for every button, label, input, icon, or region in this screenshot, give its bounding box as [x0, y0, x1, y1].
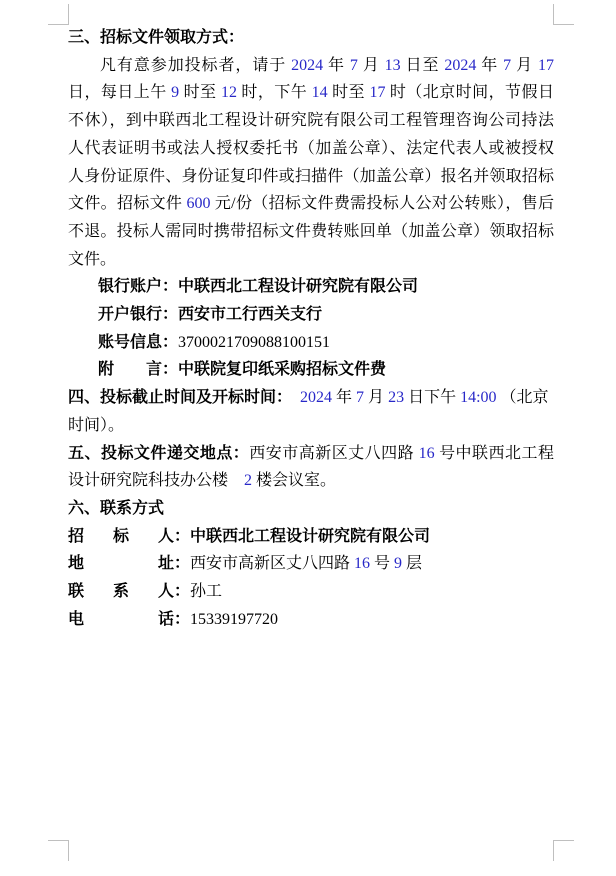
bank-branch-label: 开户银行 — [98, 306, 162, 323]
colon: ： — [162, 361, 178, 378]
contact-row-bidder: 招标人：中联西北工程设计研究院有限公司 — [68, 523, 554, 551]
bank-account-label: 银行账户 — [98, 278, 162, 295]
body-text: 时至 — [328, 84, 370, 101]
body-text: 时（北京时间，节假日不休），到中联西北工程设计研究院有限公司工程管理咨询公司持法… — [68, 84, 554, 212]
contact-phone-label: 电话 — [68, 606, 174, 634]
body-text: 号 — [370, 555, 394, 572]
number-text: 7 — [503, 57, 511, 74]
number-text: 13 — [385, 57, 401, 74]
number-text: 9 — [394, 555, 402, 572]
number-text: 2024 — [444, 57, 476, 74]
number-text: 14:00 — [460, 389, 496, 406]
number-text: 7 — [356, 389, 364, 406]
body-text: 时至 — [179, 84, 221, 101]
bank-branch-row: 开户银行：西安市工行西关支行 — [98, 301, 554, 329]
number-text: 7 — [350, 57, 358, 74]
number-text: 16 — [419, 445, 435, 462]
contact-bidder-value: 中联西北工程设计研究院有限公司 — [190, 528, 430, 545]
colon: ： — [174, 555, 190, 572]
contact-phone-value: 15339197720 — [190, 611, 278, 628]
body-text: 层 — [402, 555, 422, 572]
margin-mark-top-left — [48, 4, 69, 25]
section6-heading: 六、联系方式 — [68, 495, 554, 523]
bank-number-row: 账号信息：3700021709088100151 — [98, 329, 554, 357]
document-page: 三、招标文件领取方式： 凡有意参加投标者，请于 2024 年 7 月 13 日至… — [0, 0, 616, 876]
number-text: 12 — [221, 84, 237, 101]
contact-row-person: 联系人：孙工 — [68, 578, 554, 606]
body-text: 15339197720 — [190, 611, 278, 628]
colon: ： — [162, 306, 178, 323]
contact-row-phone: 电话：15339197720 — [68, 606, 554, 634]
body-text: 月 — [358, 57, 385, 74]
colon: ： — [174, 528, 190, 545]
section3-heading: 三、招标文件领取方式： — [68, 24, 554, 52]
section4-heading: 四、投标截止时间及开标时间： — [68, 389, 284, 406]
colon: ： — [174, 611, 190, 628]
body-text: 日下午 — [404, 389, 460, 406]
body-text: 日至 — [401, 57, 445, 74]
body-text: 月 — [511, 57, 538, 74]
number-text: 17 — [369, 84, 385, 101]
contact-address-value: 西安市高新区丈八四路 16 号 9 层 — [190, 555, 422, 572]
margin-mark-bottom-left — [48, 840, 69, 861]
contact-row-address: 地址：西安市高新区丈八四路 16 号 9 层 — [68, 550, 554, 578]
section5-heading: 五、投标文件递交地点： — [68, 445, 249, 462]
bank-account-row: 银行账户：中联西北工程设计研究院有限公司 — [98, 273, 554, 301]
bank-account-value: 中联西北工程设计研究院有限公司 — [178, 278, 418, 295]
body-text: 年 — [332, 389, 356, 406]
body-text — [284, 389, 300, 406]
number-text: 600 — [187, 195, 211, 212]
bank-branch-value: 西安市工行西关支行 — [178, 306, 322, 323]
number-text: 2024 — [300, 389, 332, 406]
bank-memo-row: 附言：中联院复印纸采购招标文件费 — [98, 356, 554, 384]
contact-bidder-label: 招标人 — [68, 523, 174, 551]
margin-mark-top-right — [553, 4, 574, 25]
section5-row: 五、投标文件递交地点：西安市高新区丈八四路 16 号中联西北工程设计研究院科技办… — [68, 440, 554, 495]
section4-row: 四、投标截止时间及开标时间： 2024 年 7 月 23 日下午 14:00 （… — [68, 384, 554, 439]
number-text: 14 — [312, 84, 328, 101]
colon: ： — [162, 334, 178, 351]
body-text: 年 — [323, 57, 350, 74]
number-text: 17 — [538, 57, 554, 74]
body-text: 日，每日上午 — [68, 84, 171, 101]
number-text: 9 — [171, 84, 179, 101]
body-text: 月 — [364, 389, 388, 406]
body-text: 年 — [476, 57, 503, 74]
body-text: 西安市高新区丈八四路 — [249, 445, 418, 462]
colon: ： — [162, 278, 178, 295]
document-body: 三、招标文件领取方式： 凡有意参加投标者，请于 2024 年 7 月 13 日至… — [68, 24, 554, 633]
colon: ： — [174, 583, 190, 600]
bank-memo-label: 附言 — [98, 356, 162, 384]
body-text: 西安市高新区丈八四路 — [190, 555, 354, 572]
body-text: 中联西北工程设计研究院有限公司 — [190, 528, 430, 545]
number-text: 16 — [354, 555, 370, 572]
contact-person-label: 联系人 — [68, 578, 174, 606]
body-text: 凡有意参加投标者，请于 — [100, 57, 291, 74]
body-text: 楼会议室。 — [252, 472, 336, 489]
body-text: 时，下午 — [237, 84, 312, 101]
contact-address-label: 地址 — [68, 550, 174, 578]
bank-memo-value: 中联院复印纸采购招标文件费 — [178, 361, 386, 378]
number-text: 23 — [388, 389, 404, 406]
contact-person-value: 孙工 — [190, 583, 222, 600]
number-text: 2 — [244, 472, 252, 489]
body-text: 孙工 — [190, 583, 222, 600]
bank-number-value: 3700021709088100151 — [178, 334, 330, 351]
bank-number-label: 账号信息 — [98, 334, 162, 351]
number-text: 2024 — [291, 57, 323, 74]
section3-paragraph: 凡有意参加投标者，请于 2024 年 7 月 13 日至 2024 年 7 月 … — [68, 52, 554, 274]
margin-mark-bottom-right — [553, 840, 574, 861]
